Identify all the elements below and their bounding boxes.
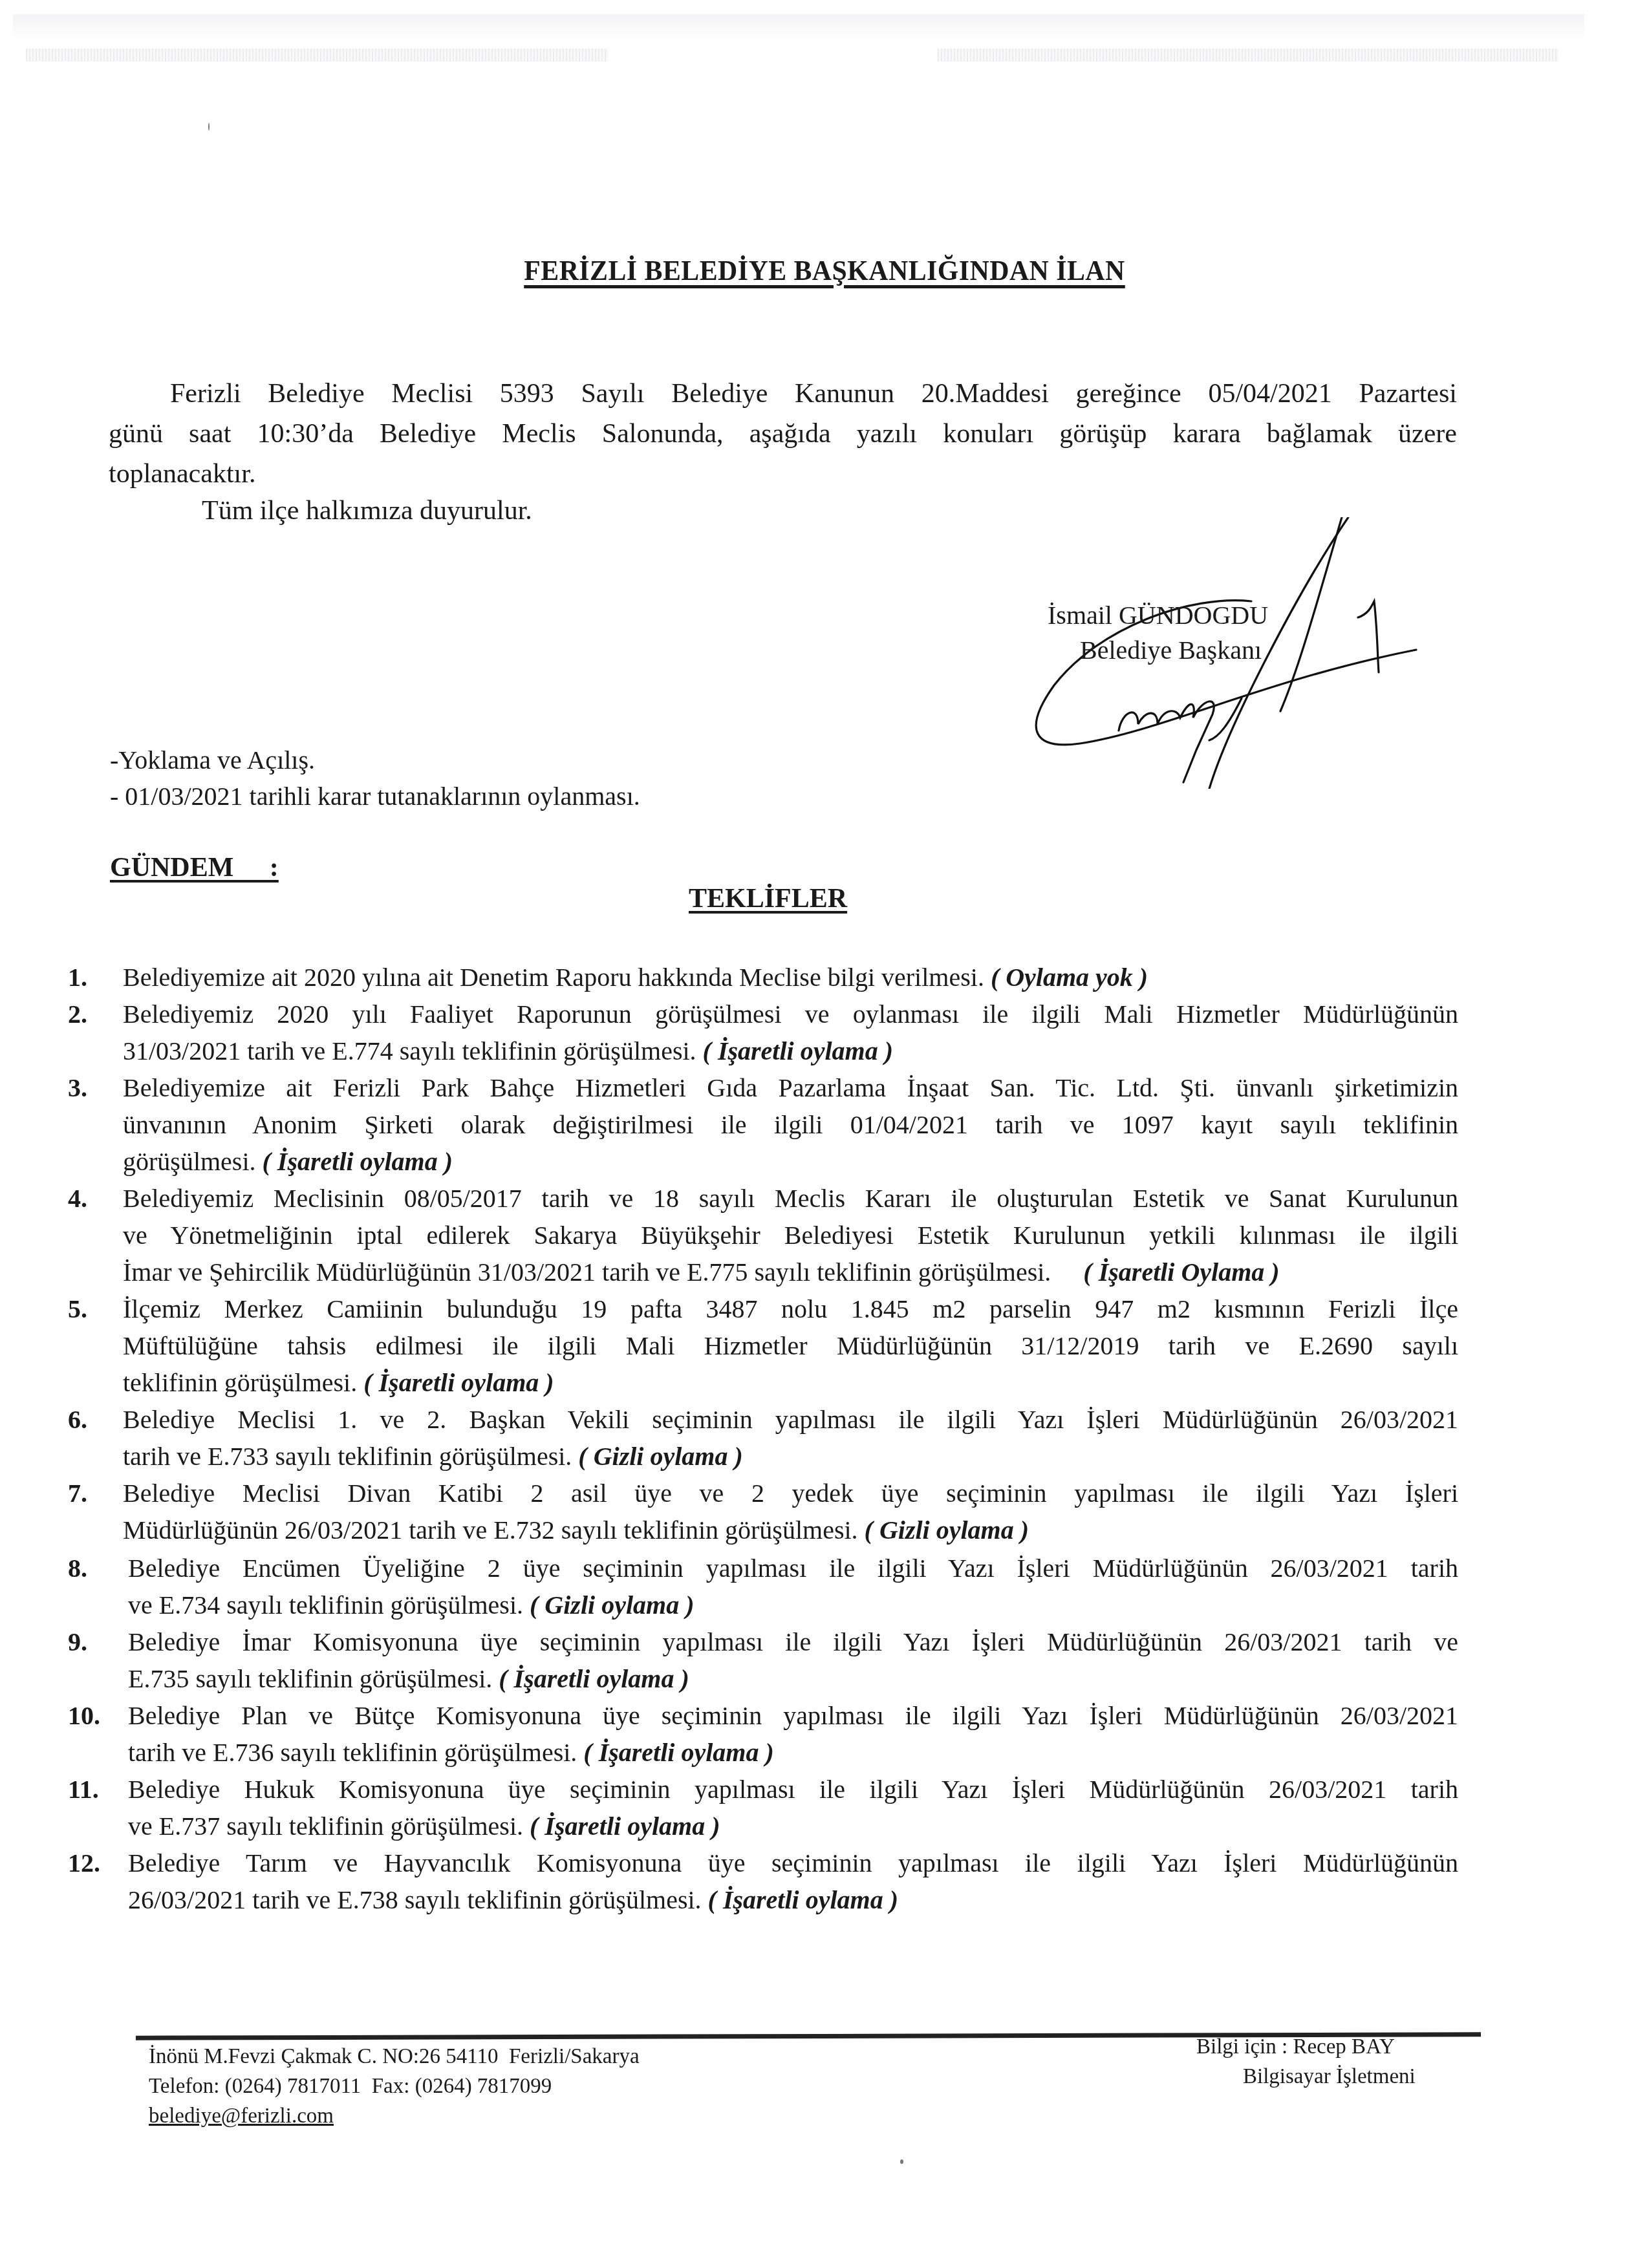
- signatory-name: İsmail GÜNDOGDU: [1048, 598, 1268, 633]
- vote-type-note: ( Gizli oylama ): [865, 1515, 1029, 1545]
- agenda-item-line-text: Belediye Tarım ve Hayvancılık Komisyonun…: [128, 1848, 1458, 1878]
- agenda-item-line: ve Yönetmeliğinin iptal edilerek Sakarya…: [123, 1217, 1458, 1254]
- intro-line: Ferizli Belediye Meclisi 5393 Sayılı Bel…: [109, 374, 1457, 414]
- agenda-item: 6.Belediye Meclisi 1. ve 2. Başkan Vekil…: [68, 1401, 1458, 1475]
- agenda-item-line-text: İlçemiz Merkez Camiinin bulunduğu 19 paf…: [123, 1294, 1458, 1323]
- agenda-item-number: 3.: [68, 1069, 113, 1106]
- agenda-item: 1.Belediyemize ait 2020 yılına ait Denet…: [68, 959, 1458, 996]
- agenda-item-line-text: Belediyemiz Meclisinin 08/05/2017 tarih …: [123, 1184, 1458, 1213]
- intro-line: toplanacaktır.: [109, 454, 1457, 494]
- agenda-item-number: 5.: [68, 1290, 113, 1327]
- agenda-item-text: İlçemiz Merkez Camiinin bulunduğu 19 paf…: [123, 1290, 1458, 1401]
- footer-phone-fax: Telefon: (0264) 7817011 Fax: (0264) 7817…: [149, 2071, 640, 2101]
- agenda-item: 11.Belediye Hukuk Komisyonuna üye seçimi…: [68, 1771, 1458, 1845]
- vote-type-note: ( İşaretli oylama ): [708, 1885, 898, 1914]
- agenda-item-line-text: görüşülmesi.: [123, 1147, 256, 1176]
- agenda-item-line: ve E.734 sayılı teklifinin görüşülmesi. …: [128, 1587, 1458, 1623]
- agenda-item-number: 11.: [68, 1771, 113, 1808]
- vote-type-note: ( İşaretli oylama ): [263, 1147, 453, 1176]
- agenda-item-line-text: Belediye Hukuk Komisyonuna üye seçiminin…: [128, 1775, 1458, 1804]
- agenda-item-line: 31/03/2021 tarih ve E.774 sayılı teklifi…: [123, 1032, 1458, 1069]
- agenda-item: 3.Belediyemize ait Ferizli Park Bahçe Hi…: [68, 1069, 1458, 1180]
- agenda-item-line-text: Belediye İmar Komisyonuna üye seçiminin …: [128, 1627, 1458, 1656]
- agenda-item-line: Belediye Encümen Üyeliğine 2 üye seçimin…: [128, 1550, 1458, 1587]
- agenda-item-text: Belediyemiz Meclisinin 08/05/2017 tarih …: [123, 1180, 1458, 1290]
- agenda-item-line: Belediye Tarım ve Hayvancılık Komisyonun…: [128, 1845, 1458, 1881]
- agenda-item-text: Belediye Tarım ve Hayvancılık Komisyonun…: [128, 1845, 1458, 1918]
- document-title: FERİZLİ BELEDİYE BAŞKANLIĞINDAN İLAN: [58, 253, 1591, 287]
- agenda-item-line-text: Belediyemiz 2020 yılı Faaliyet Raporunun…: [123, 1000, 1458, 1029]
- agenda-item-number: 8.: [68, 1550, 113, 1587]
- footer-address-block: İnönü M.Fevzi Çakmak C. NO:26 54110 Feri…: [149, 2042, 640, 2131]
- agenda-item-line: Belediyemiz 2020 yılı Faaliyet Raporunun…: [123, 996, 1458, 1032]
- agenda-item: 12.Belediye Tarım ve Hayvancılık Komisyo…: [68, 1845, 1458, 1918]
- scan-artifact-top: [13, 14, 1584, 40]
- agenda-item-line-text: Belediyemize ait 2020 yılına ait Denetim…: [123, 963, 984, 992]
- vote-type-note: ( Gizli oylama ): [578, 1442, 742, 1471]
- agenda-item-line: ünvanının Anonim Şirketi olarak değiştir…: [123, 1106, 1458, 1143]
- agenda-item-text: Belediye Encümen Üyeliğine 2 üye seçimin…: [128, 1550, 1458, 1623]
- agenda-item: 7.Belediye Meclisi Divan Katibi 2 asil ü…: [68, 1475, 1458, 1548]
- opening-item: - 01/03/2021 tarihli karar tutanaklarını…: [110, 778, 640, 815]
- agenda-item-line: tarih ve E.733 sayılı teklifinin görüşül…: [123, 1438, 1458, 1475]
- agenda-item-line-text: Belediye Plan ve Bütçe Komisyonuna üye s…: [128, 1701, 1458, 1730]
- agenda-item-line-text: tarih ve E.736 sayılı teklifinin görüşül…: [128, 1738, 577, 1767]
- agenda-item-line: ve E.737 sayılı teklifinin görüşülmesi. …: [128, 1808, 1458, 1845]
- agenda-item-text: Belediyemiz 2020 yılı Faaliyet Raporunun…: [123, 996, 1458, 1069]
- agenda-item-line-text: Belediyemize ait Ferizli Park Bahçe Hizm…: [123, 1073, 1458, 1102]
- agenda-item-line: Belediye Hukuk Komisyonuna üye seçiminin…: [128, 1771, 1458, 1808]
- agenda-item-line: Belediyemize ait 2020 yılına ait Denetim…: [123, 959, 1458, 996]
- agenda-item-line: Belediyemize ait Ferizli Park Bahçe Hizm…: [123, 1069, 1458, 1106]
- scan-speck: [208, 123, 210, 131]
- scan-speck: [900, 2159, 903, 2164]
- agenda-item-text: Belediyemize ait 2020 yılına ait Denetim…: [123, 959, 1458, 996]
- agenda-item-text: Belediye İmar Komisyonuna üye seçiminin …: [128, 1623, 1458, 1697]
- agenda-item-line-text: ünvanının Anonim Şirketi olarak değiştir…: [123, 1110, 1458, 1139]
- footer-email-link[interactable]: belediye@ferizli.com: [149, 2101, 640, 2131]
- agenda-heading: GÜNDEM :: [110, 852, 279, 883]
- agenda-item-line-text: 31/03/2021 tarih ve E.774 sayılı teklifi…: [123, 1036, 696, 1065]
- agenda-item-line-text: ve E.734 sayılı teklifinin görüşülmesi.: [128, 1590, 523, 1620]
- vote-type-note: ( İşaretli oylama ): [530, 1812, 720, 1841]
- agenda-item-line: Belediye Meclisi Divan Katibi 2 asil üye…: [123, 1475, 1458, 1512]
- agenda-item-number: 2.: [68, 996, 113, 1032]
- agenda-item-line-text: Belediye Meclisi Divan Katibi 2 asil üye…: [123, 1479, 1458, 1508]
- agenda-item-number: 12.: [68, 1845, 113, 1881]
- agenda-item-line-text: ve Yönetmeliğinin iptal edilerek Sakarya…: [123, 1221, 1458, 1250]
- scan-artifact-left: [26, 48, 608, 61]
- agenda-item-number: 6.: [68, 1401, 113, 1438]
- agenda-item-line: Müftülüğüne tahsis edilmesi ile ilgili M…: [123, 1327, 1458, 1364]
- agenda-item-line-text: E.735 sayılı teklifinin görüşülmesi.: [128, 1664, 492, 1693]
- vote-type-note: ( Oylama yok ): [991, 963, 1148, 992]
- agenda-item: 5.İlçemiz Merkez Camiinin bulunduğu 19 p…: [68, 1290, 1458, 1401]
- footer-contact: Bilgi için : Recep BAY: [1196, 2032, 1416, 2062]
- signature-block: İsmail GÜNDOGDU Belediye Başkanı: [1048, 598, 1268, 668]
- agenda-item-text: Belediye Meclisi 1. ve 2. Başkan Vekili …: [123, 1401, 1458, 1475]
- agenda-item-text: Belediye Hukuk Komisyonuna üye seçiminin…: [128, 1771, 1458, 1845]
- agenda-list: 1.Belediyemize ait 2020 yılına ait Denet…: [68, 959, 1458, 1918]
- agenda-item-line: 26/03/2021 tarih ve E.738 sayılı teklifi…: [128, 1881, 1458, 1918]
- agenda-item: 2.Belediyemiz 2020 yılı Faaliyet Raporun…: [68, 996, 1458, 1069]
- footer-contact-role: Bilgisayar İşletmeni: [1196, 2062, 1416, 2091]
- agenda-item-number: 10.: [68, 1697, 113, 1734]
- proposals-heading: TEKLİFLER: [689, 883, 847, 914]
- intro-line: günü saat 10:30’da Belediye Meclis Salon…: [109, 414, 1457, 454]
- agenda-item-line: teklifinin görüşülmesi. ( İşaretli oylam…: [123, 1364, 1458, 1401]
- agenda-item-line-text: Müftülüğüne tahsis edilmesi ile ilgili M…: [123, 1331, 1458, 1360]
- agenda-item: 4.Belediyemiz Meclisinin 08/05/2017 tari…: [68, 1180, 1458, 1290]
- agenda-item-line: Belediye Meclisi 1. ve 2. Başkan Vekili …: [123, 1401, 1458, 1438]
- agenda-item-line-text: İmar ve Şehircilik Müdürlüğünün 31/03/20…: [123, 1257, 1051, 1287]
- agenda-item-number: 9.: [68, 1623, 113, 1660]
- agenda-item-line: E.735 sayılı teklifinin görüşülmesi. ( İ…: [128, 1660, 1458, 1697]
- agenda-item-number: 4.: [68, 1180, 113, 1217]
- signatory-title: Belediye Başkanı: [1048, 633, 1268, 668]
- agenda-item-line: İlçemiz Merkez Camiinin bulunduğu 19 paf…: [123, 1290, 1458, 1327]
- document-title-text: FERİZLİ BELEDİYE BAŞKANLIĞINDAN İLAN: [524, 254, 1125, 286]
- scan-artifact-right: [938, 48, 1558, 61]
- agenda-item-line-text: 26/03/2021 tarih ve E.738 sayılı teklifi…: [128, 1885, 702, 1914]
- agenda-item-line: İmar ve Şehircilik Müdürlüğünün 31/03/20…: [123, 1254, 1458, 1290]
- intro-paragraph: Ferizli Belediye Meclisi 5393 Sayılı Bel…: [109, 374, 1457, 494]
- announcement: Tüm ilçe halkımıza duyurulur.: [202, 495, 532, 526]
- opening-items: -Yoklama ve Açılış. - 01/03/2021 tarihli…: [110, 742, 640, 815]
- agenda-item-line: Belediye İmar Komisyonuna üye seçiminin …: [128, 1623, 1458, 1660]
- agenda-item-line: tarih ve E.736 sayılı teklifinin görüşül…: [128, 1734, 1458, 1771]
- agenda-item-number: 1.: [68, 959, 113, 996]
- agenda-item: 8.Belediye Encümen Üyeliğine 2 üye seçim…: [68, 1550, 1458, 1623]
- footer-address: İnönü M.Fevzi Çakmak C. NO:26 54110 Feri…: [149, 2042, 640, 2071]
- agenda-item-line: Belediyemiz Meclisinin 08/05/2017 tarih …: [123, 1180, 1458, 1217]
- opening-item: -Yoklama ve Açılış.: [110, 742, 640, 778]
- agenda-item-line-text: Belediye Encümen Üyeliğine 2 üye seçimin…: [128, 1554, 1458, 1583]
- agenda-item-line-text: Müdürlüğünün 26/03/2021 tarih ve E.732 s…: [123, 1515, 858, 1545]
- agenda-item-line-text: ve E.737 sayılı teklifinin görüşülmesi.: [128, 1812, 523, 1841]
- agenda-item-line: görüşülmesi. ( İşaretli oylama ): [123, 1143, 1458, 1180]
- agenda-item-text: Belediye Meclisi Divan Katibi 2 asil üye…: [123, 1475, 1458, 1548]
- vote-type-note: ( İşaretli oylama ): [703, 1036, 893, 1065]
- agenda-item-line-text: tarih ve E.733 sayılı teklifinin görüşül…: [123, 1442, 572, 1471]
- agenda-item-line-text: teklifinin görüşülmesi.: [123, 1368, 357, 1397]
- vote-type-note: ( Gizli oylama ): [530, 1590, 694, 1620]
- agenda-item-line-text: Belediye Meclisi 1. ve 2. Başkan Vekili …: [123, 1405, 1458, 1434]
- agenda-item: 9.Belediye İmar Komisyonuna üye seçimini…: [68, 1623, 1458, 1697]
- agenda-item-text: Belediye Plan ve Bütçe Komisyonuna üye s…: [128, 1697, 1458, 1771]
- agenda-item-number: 7.: [68, 1475, 113, 1512]
- agenda-item-line: Belediye Plan ve Bütçe Komisyonuna üye s…: [128, 1697, 1458, 1734]
- agenda-item-line: Müdürlüğünün 26/03/2021 tarih ve E.732 s…: [123, 1512, 1458, 1548]
- vote-type-note: ( İşaretli oylama ): [363, 1368, 554, 1397]
- vote-type-note: ( İşaretli Oylama ): [1083, 1257, 1279, 1287]
- footer-contact-block: Bilgi için : Recep BAY Bilgisayar İşletm…: [1196, 2032, 1416, 2091]
- vote-type-note: ( İşaretli oylama ): [499, 1664, 689, 1693]
- agenda-item-text: Belediyemize ait Ferizli Park Bahçe Hizm…: [123, 1069, 1458, 1180]
- vote-type-note: ( İşaretli oylama ): [583, 1738, 773, 1767]
- agenda-item: 10.Belediye Plan ve Bütçe Komisyonuna üy…: [68, 1697, 1458, 1771]
